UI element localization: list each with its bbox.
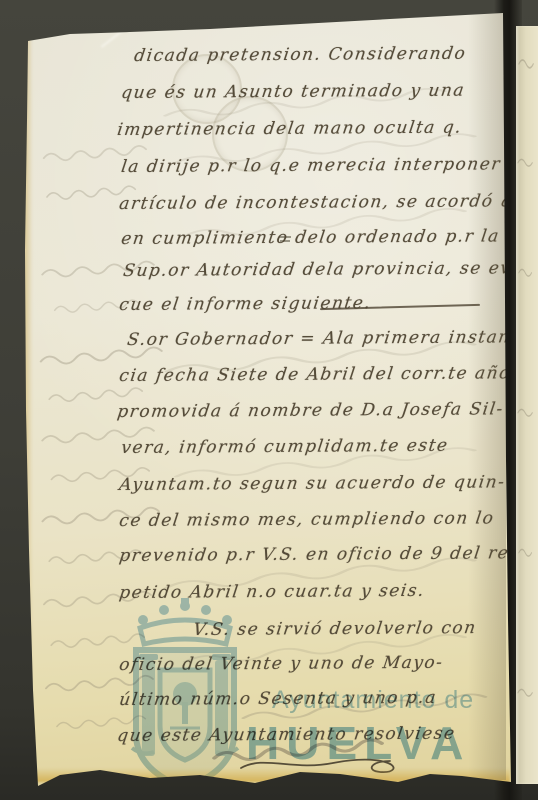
watermark-text-line1: Ayuntamiento de bbox=[272, 686, 474, 715]
huelva-coat-of-arms-icon bbox=[126, 598, 244, 793]
manuscript-line: promovida á nombre de D.a Josefa Sil- bbox=[116, 399, 505, 422]
bleedthrough-stroke bbox=[518, 56, 536, 70]
huelva-watermark: Ayuntamiento de HUELVA bbox=[126, 598, 486, 793]
bleedthrough-stroke bbox=[517, 156, 535, 168]
bleedthrough-stroke bbox=[517, 406, 535, 418]
manuscript-line: que és un Asunto terminado y una bbox=[120, 81, 466, 103]
manuscript-line: impertinencia dela mano oculta q. bbox=[116, 118, 463, 140]
manuscript-line: en cumplimiento delo ordenado p.r la bbox=[120, 226, 501, 249]
manuscript-line: la dirije p.r lo q.e merecia interponer bbox=[120, 154, 502, 177]
manuscript-line: S.or Gobernador = Ala primera instan- bbox=[126, 327, 519, 350]
watermark-text-line2: HUELVA bbox=[246, 716, 470, 770]
manuscript-line: Ayuntam.to segun su acuerdo de quin- bbox=[118, 472, 507, 495]
manuscript-page: dicada pretension. Considerando que és u… bbox=[0, 0, 538, 800]
manuscript-line: cia fecha Siete de Abril del corr.te año… bbox=[118, 363, 519, 386]
scanned-document-view: dicada pretension. Considerando que és u… bbox=[0, 0, 538, 800]
manuscript-line: artículo de incontestacion, se acordó q. bbox=[118, 191, 521, 214]
page-edge-left bbox=[24, 36, 33, 782]
page-curvature-shadow bbox=[468, 12, 506, 780]
page-edge-bottom bbox=[30, 768, 510, 782]
bleedthrough-stroke bbox=[518, 546, 534, 558]
manuscript-line: dicada pretension. Considerando bbox=[133, 44, 468, 66]
bleedthrough-stroke bbox=[517, 686, 535, 698]
manuscript-line: vera, informó cumplidam.te este bbox=[120, 436, 450, 458]
manuscript-line: prevenido p.r V.S. en oficio de 9 del re… bbox=[118, 543, 518, 566]
manuscript-line: cue el informe siguiente. bbox=[118, 293, 373, 315]
bleedthrough-stroke bbox=[518, 266, 534, 278]
manuscript-line: ce del mismo mes, cumpliendo con lo bbox=[118, 508, 496, 531]
adjacent-page-edge bbox=[516, 26, 538, 784]
